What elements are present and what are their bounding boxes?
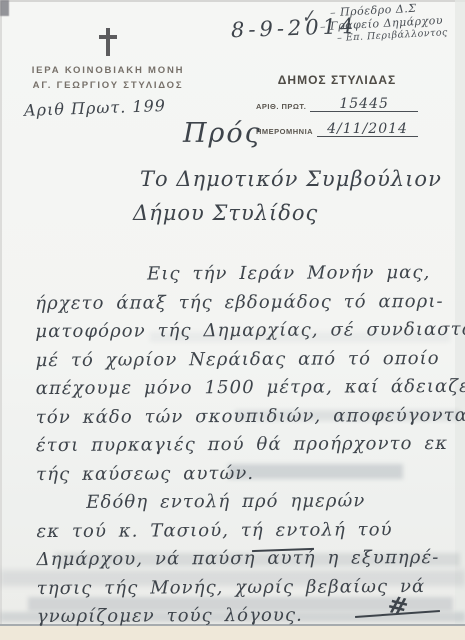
registry-protocol-number: 15445 <box>339 96 389 112</box>
scanned-letter-page: ΙΕΡΑ ΚΟΙΝΟΒΙΑΚΗ ΜΟΝΗ ΑΓ. ΓΕΩΡΓΙΟΥ ΣΤΥΛΙΔ… <box>0 0 465 640</box>
body-line: Εδόθη εντολή πρό ημερών <box>36 490 451 521</box>
monastery-protocol-number: Αριθ Πρωτ. 199 <box>24 95 193 120</box>
recipient-line1: Το Δημοτικόν Συμβούλιον <box>140 167 442 191</box>
handwritten-date: 8-9-2014 <box>231 14 358 42</box>
registry-protocol-line: 15445 <box>310 93 418 112</box>
registry-date-line: 4/11/2014 <box>317 118 418 137</box>
registry-protocol-label: ΑΡΙΘ. ΠΡΩΤ. <box>256 102 306 112</box>
scan-artifact <box>0 0 2 640</box>
body-line: Δημάρχου, νά παύση αυτή η εξυπηρέ- <box>37 547 452 578</box>
monastery-name-line2: ΑΓ. ΓΕΩΡΓΙΟΥ ΣΤΥΛΙΔΟΣ <box>24 80 192 91</box>
monastery-name-line1: ΙΕΡΑ ΚΟΙΝΟΒΙΑΚΗ ΜΟΝΗ <box>24 65 192 76</box>
registry-municipality-name: ΔΗΜΟΣ ΣΤΥΛΙΔΑΣ <box>256 73 418 87</box>
registry-protocol-row: ΑΡΙΘ. ΠΡΩΤ. 15445 <box>256 93 418 112</box>
body-line: τής καύσεως αυτών. <box>36 461 451 492</box>
registry-date-label: ΗΜΕΡΟΜΗΝΙΑ <box>256 127 313 137</box>
body-line: απέχουμε μόνο 1500 μέτρα, καί άδειαζε <box>36 376 451 407</box>
body-line: Εις τήν Ιεράν Μονήν μας, <box>35 262 450 293</box>
body-line: ματοφόρον τής Δημαρχίας, σέ συνδιαστό <box>35 319 450 350</box>
registry-date-value: 4/11/2014 <box>327 121 408 137</box>
letter-body: Εις τήν Ιεράν Μονήν μας, ήρχετο άπαξ τής… <box>35 262 452 635</box>
body-line: εκ τού κ. Τασιού, τή εντολή τού <box>36 518 451 549</box>
body-line: έτσι πυρκαγιές πού θά προήρχοντο εκ <box>36 433 451 464</box>
body-line: ήρχετο άπαξ τής εβδομάδος τό απορι- <box>35 290 450 321</box>
scan-artifact <box>0 0 465 2</box>
monastery-stamp: ΙΕΡΑ ΚΟΙΝΟΒΙΑΚΗ ΜΟΝΗ ΑΓ. ΓΕΩΡΓΙΟΥ ΣΤΥΛΙΔ… <box>24 28 192 117</box>
body-line: μέ τό χωρίον Νεράιδας από τό οποίο <box>35 347 450 378</box>
cross-icon <box>98 28 118 56</box>
recipient-line2: Δήμου Στυλίδος <box>133 201 318 225</box>
body-line: τόν κάδο τών σκουπιδιών, αποφεύγοντας <box>36 404 451 435</box>
recipient-salutation: Πρός <box>183 118 262 149</box>
scan-artifact <box>0 0 9 16</box>
municipality-registry-stamp: ΔΗΜΟΣ ΣΤΥΛΙΔΑΣ ΑΡΙΘ. ΠΡΩΤ. 15445 ΗΜΕΡΟΜΗ… <box>256 73 418 137</box>
registry-date-row: ΗΜΕΡΟΜΗΝΙΑ 4/11/2014 <box>256 118 418 137</box>
